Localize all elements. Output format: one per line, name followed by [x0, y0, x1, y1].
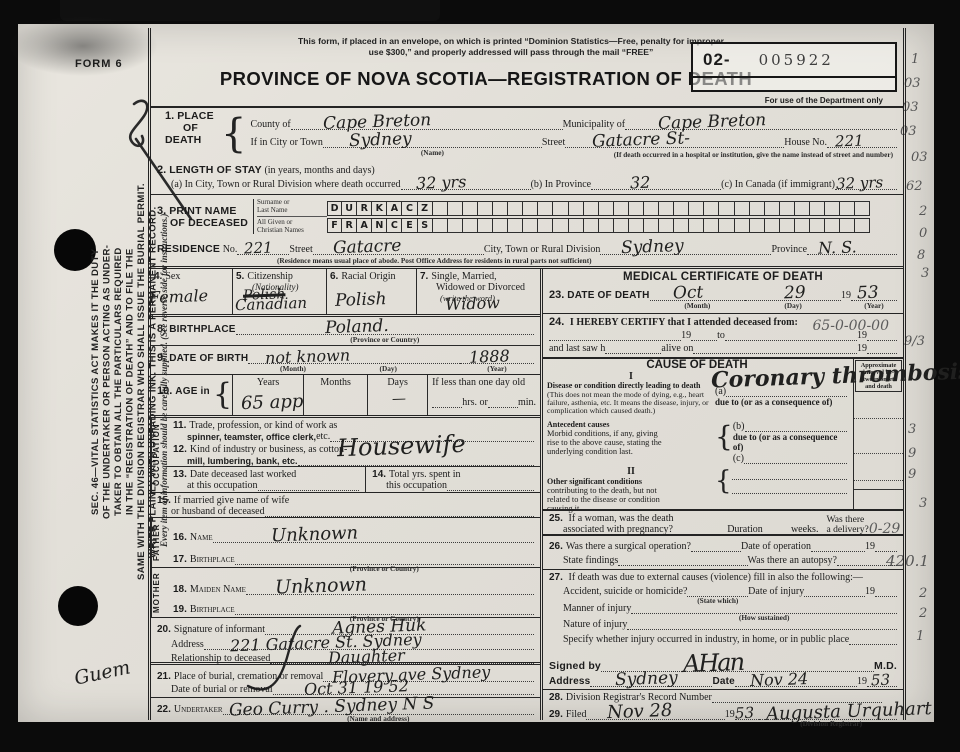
signed-year-field: 53 — [867, 675, 897, 687]
residence-no-field: 221 — [237, 243, 289, 255]
section-4-7: 4.Sex Female 5.Citizenship (Nationality)… — [151, 269, 540, 317]
brace: { — [715, 466, 732, 513]
form-columns: 4.Sex Female 5.Citizenship (Nationality)… — [151, 266, 903, 720]
guem-annotation: Guem — [72, 656, 132, 689]
section-date-of-birth: 9.DATE OF BIRTH not known (Month) (Day) … — [151, 346, 540, 375]
residence-note: (Residence means usual place of abode. P… — [157, 256, 897, 265]
specify-field — [849, 633, 897, 645]
other-conditions-field-2 — [732, 480, 847, 494]
section-spouse: 15.If married give name of wife or husba… — [151, 493, 540, 518]
medical-title: MEDICAL CERTIFICATE OF DEATH — [543, 269, 903, 284]
section-age: 10.AGE in { Years 65 app Months Days — — [151, 375, 540, 418]
given-name-letter-grid: FRANCES — [327, 218, 897, 233]
dob-year-field: 1888 (Year) — [460, 352, 534, 364]
brace: { — [213, 375, 232, 415]
accident-field: (State which) — [687, 585, 748, 597]
form-header: This form, if placed in an envelope, on … — [151, 28, 903, 106]
section-place-of-death: 1.PLACE OF DEATH { County of Cape Breton… — [151, 106, 903, 162]
section-father: FATHER 16. Name Unknown 17. Birthplace (… — [151, 518, 540, 568]
surname-letter-grid: DURKACZ — [327, 201, 897, 216]
section-signed: Signed by AHan M.D. Address Sydney Date … — [543, 653, 903, 689]
citizenship-cell: 5.Citizenship (Nationality) Polish Canad… — [233, 269, 327, 314]
envelope-note: This form, if placed in an envelope, on … — [271, 36, 751, 57]
personal-column: 4.Sex Female 5.Citizenship (Nationality)… — [151, 269, 543, 720]
margin-note: 3 — [919, 496, 927, 511]
cause-c-field — [744, 452, 847, 464]
margin-note: 3 — [921, 266, 929, 281]
mother-maiden-field: Unknown — [246, 583, 534, 595]
section-date-of-death: 23. DATE OF DEATH Oct (Month) 29 (Day) 1… — [543, 284, 903, 313]
burial-date-field: Oct 31 19 52 — [273, 683, 534, 695]
filed-year-field: 53 — [735, 708, 759, 720]
mother-birthplace-field: (Province or Country) — [235, 603, 534, 615]
stay-province-field: 32 — [591, 178, 721, 190]
margin-note: 9 — [908, 446, 916, 461]
margin-note: 62 — [906, 179, 923, 194]
manner-field: (How sustained) — [631, 602, 897, 614]
age-days-cell: Days — — [368, 375, 428, 415]
marital-cell: 7.Single, Married, Widowed or Divorced (… — [417, 269, 540, 314]
informant-relationship-field: Daughter — [270, 652, 534, 664]
section-cause-of-death: Approximate interval be- tween onset and… — [543, 357, 903, 509]
margin-note: 8 — [917, 248, 925, 263]
total-years-cell: 14.Total yrs. spent in this occupation — [366, 467, 540, 493]
signed-address-field: Sydney — [590, 675, 712, 687]
residence-province-field: N. S. — [807, 243, 897, 255]
scan-border-left — [0, 0, 18, 752]
death-month-field: Oct (Month) — [650, 289, 746, 301]
occupation-value: Housewife — [337, 430, 467, 462]
section-external-causes: 27. If death was due to external causes … — [543, 569, 903, 653]
section-informant: 20. Signature of informant Agnes Huk Add… — [151, 618, 540, 665]
section-length-of-stay: 2.LENGTH OF STAY (in years, months and d… — [151, 162, 903, 194]
section-operation: 26. Was there a surgical operation? Date… — [543, 534, 903, 569]
residence-street-field: Gatacre — [313, 243, 484, 255]
department-caption: For use of the Department only — [765, 96, 883, 105]
brace: { — [221, 110, 246, 159]
margin-note: 9/3 — [904, 334, 925, 349]
section-pregnancy: 25. If a woman, was the death associated… — [543, 509, 903, 534]
father-name-field: Unknown — [213, 531, 534, 543]
sex-cell: 4.Sex Female — [151, 269, 233, 314]
house-no-field: 221 — [827, 136, 897, 148]
margin-note: 9 — [908, 467, 916, 482]
stay-city-field: 32 yrs — [401, 178, 531, 190]
age-years-cell: Years 65 app — [232, 375, 304, 415]
occupation-side-label: OCCUPATION — [151, 418, 167, 492]
street-field: Gatacre St- — [565, 136, 784, 148]
birthplace-field: Poland. (Province or Country) — [236, 323, 534, 335]
registration-form: This form, if placed in an envelope, on … — [148, 28, 906, 720]
nature-field — [627, 618, 897, 630]
section-certify: 24. I HEREBY CERTIFY that I attended dec… — [543, 313, 903, 357]
sidebar-line: SEC. 46—VITAL STATISTICS ACT MAKES IT TH… — [90, 102, 102, 662]
section-print-name: 3.PRINT NAME OF DECEASED Surname or Last… — [151, 194, 903, 238]
death-year-field: 53 (Year) — [851, 289, 897, 301]
mother-side-label: MOTHER — [151, 568, 167, 617]
section-undertaker: 22. Undertaker Geo Curry . Sydney N S (N… — [151, 697, 540, 723]
father-side-label: FATHER — [151, 518, 167, 567]
section-residence: RESIDENCE No. 221 Street Gatacre City, T… — [151, 238, 903, 266]
margin-note: 03 — [911, 150, 928, 165]
age-months-cell: Months — [304, 375, 368, 415]
other-conditions-field-1 — [732, 466, 847, 480]
section-birthplace: 8.BIRTHPLACE Poland. (Province or Countr… — [151, 317, 540, 346]
certificate-paper: FORM 6 SEC. 46—VITAL STATISTICS ACT MAKE… — [18, 24, 934, 722]
father-birthplace-field: (Province or Country) — [235, 553, 534, 565]
residence-city-field: Sydney — [600, 243, 771, 255]
margin-note: 2 — [919, 606, 927, 621]
division-registrar-field: Augusta Urquhart (Division Registrar) — [759, 708, 897, 720]
racial-origin-cell: 6.Racial Origin Polish — [327, 269, 417, 314]
age-less-cell: If less than one day old hrs. or min. — [428, 375, 540, 415]
county-field: Cape Breton — [291, 118, 563, 130]
death-day-field: 29 (Day) — [745, 289, 841, 301]
margin-note: 1 — [916, 629, 924, 644]
scan-artifact — [60, 0, 440, 21]
margin-note: 2 — [919, 204, 927, 219]
section-mother: MOTHER 18. Maiden Name Unknown 19. Birth… — [151, 568, 540, 618]
form-number: FORM 6 — [75, 58, 123, 70]
signed-date-field: Nov 24 — [735, 675, 857, 687]
department-serial-box: 02- 005922 — [691, 42, 897, 92]
serial-number: 005922 — [759, 51, 834, 69]
brace: { — [715, 420, 733, 464]
medical-column: MEDICAL CERTIFICATE OF DEATH 23. DATE OF… — [543, 269, 903, 720]
margin-note: 3 — [908, 422, 916, 437]
serial-prefix: 02- — [703, 50, 731, 70]
cause-b-field — [745, 420, 848, 432]
section-occupation: OCCUPATION 11.Trade, profession, or kind… — [151, 418, 540, 493]
stay-canada-field: 32 yrs — [835, 178, 897, 190]
city-field: Sydney (Name) — [323, 136, 542, 148]
margin-note: 03 — [904, 76, 921, 91]
last-worked-cell: 13.Date deceased last worked at this occ… — [167, 467, 366, 493]
undertaker-field: Geo Curry . Sydney N S (Name and address… — [223, 703, 534, 715]
margin-note: 0 — [919, 226, 927, 241]
dob-month-day-field: not known (Month) (Day) — [248, 352, 460, 364]
margin-note: 1 — [911, 52, 919, 67]
margin-note: 2 — [919, 586, 927, 601]
section-burial: 21. Place of burial, cremation or remova… — [151, 665, 540, 697]
section-filed: 29. Filed Nov 28 19 53 Augusta Urquhart … — [543, 702, 903, 724]
filed-date-field: Nov 28 — [586, 708, 724, 720]
